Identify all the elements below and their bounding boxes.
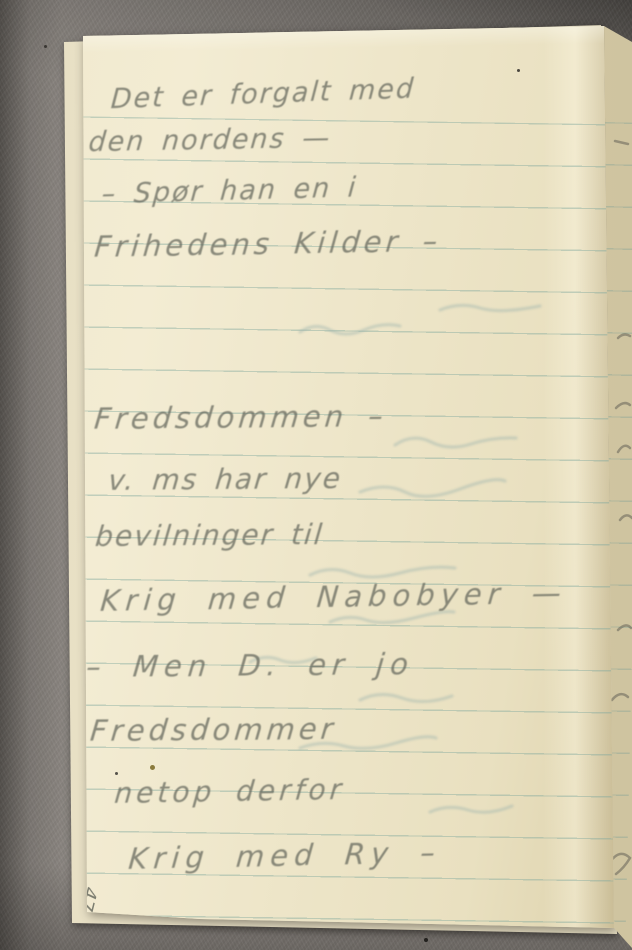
- felt-speck: [44, 45, 47, 48]
- handwriting-line: v. ms har nye: [107, 462, 344, 497]
- handwriting-line: netop derfor: [113, 773, 347, 810]
- handwriting-line: – Men D. er jo: [85, 647, 416, 684]
- handwriting-line: bevilninger til: [94, 518, 326, 553]
- handwriting-line: Krig med Ry –: [127, 835, 442, 876]
- notebook-page: Det er forgalt med den nordens — – Spør …: [0, 0, 632, 950]
- handwriting-line: Det er forgalt med: [110, 73, 416, 115]
- paper-speck: [150, 765, 155, 770]
- paper-speck: [115, 772, 118, 775]
- handwriting-line: Fredsdommer: [89, 712, 339, 748]
- handwriting-line: den nordens —: [87, 123, 332, 158]
- handwriting-line: Fredsdommen –: [93, 399, 389, 436]
- notebook-page-wrap: Det er forgalt med den nordens — – Spør …: [0, 0, 632, 950]
- paper-speck: [517, 69, 520, 72]
- photo-of-notebook: Det er forgalt med den nordens — – Spør …: [0, 0, 632, 950]
- felt-speck: [424, 938, 428, 942]
- handwriting-line: Frihedens Kilder –: [93, 224, 443, 264]
